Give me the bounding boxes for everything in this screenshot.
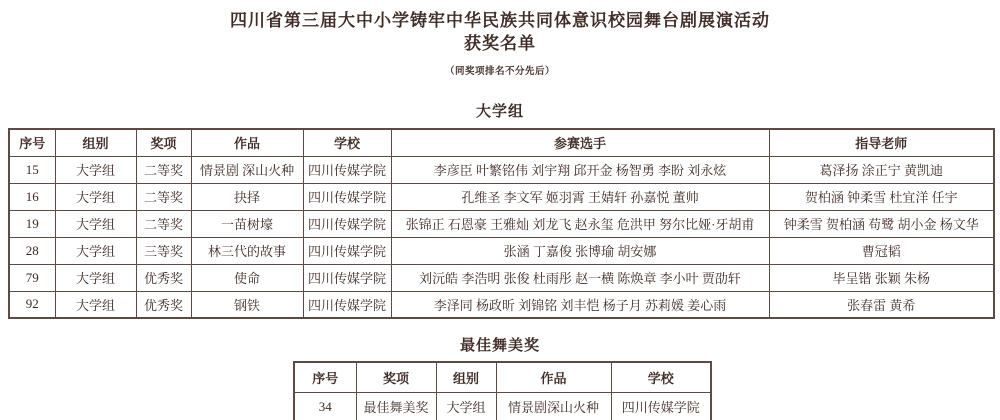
table-cell: 大学组 [55,264,136,291]
column-header: 学校 [611,362,711,392]
table-row: 34最佳舞美奖大学组情景剧深山火种四川传媒学院 [294,392,711,420]
table-cell: 16 [9,183,55,210]
column-header: 组别 [55,129,136,156]
column-header: 作品 [496,362,611,392]
table-cell: 张涵 丁嘉俊 张博瑜 胡安娜 [391,237,769,264]
table-cell: 19 [9,210,55,237]
table-cell: 使命 [191,264,303,291]
table-row: 15大学组二等奖情景剧 深山火种四川传媒学院李彦臣 叶繁铭伟 刘宇翔 邱开金 杨… [9,156,994,183]
table-cell: 四川传媒学院 [303,210,391,237]
table-cell: 钢铁 [191,291,303,318]
table-cell: 四川传媒学院 [303,264,391,291]
table-cell: 林三代的故事 [191,237,303,264]
table-cell: 四川传媒学院 [303,291,391,318]
university-group-heading: 大学组 [0,100,1000,121]
table-cell: 四川传媒学院 [303,237,391,264]
table-cell: 28 [9,237,55,264]
table-cell: 张春雷 黄希 [769,291,994,318]
table-cell: 最佳舞美奖 [356,392,436,420]
university-group-table: 序号组别奖项作品学校参赛选手指导老师 15大学组二等奖情景剧 深山火种四川传媒学… [8,128,995,319]
table-cell: 曹冠韬 [769,237,994,264]
table-row: 16大学组二等奖抉择四川传媒学院孔维圣 李文军 姬羽霄 王婧轩 孙嘉悦 董帅贺柏… [9,183,994,210]
table-cell: 抉择 [191,183,303,210]
table-row: 28大学组三等奖林三代的故事四川传媒学院张涵 丁嘉俊 张博瑜 胡安娜曹冠韬 [9,237,994,264]
university-table-header-row: 序号组别奖项作品学校参赛选手指导老师 [9,129,994,156]
column-header: 奖项 [356,362,436,392]
table-cell: 大学组 [55,291,136,318]
column-header: 指导老师 [769,129,994,156]
best-stage-design-award-table: 序号奖项组别作品学校 34最佳舞美奖大学组情景剧深山火种四川传媒学院 [293,361,712,420]
table-cell: 92 [9,291,55,318]
table-cell: 大学组 [436,392,496,420]
table-row: 19大学组二等奖一苗树壕四川传媒学院张锦正 石恩豪 王雅灿 刘龙飞 赵永玺 危洪… [9,210,994,237]
table-cell: 刘沅皓 李浩明 张俊 杜雨彤 赵一横 陈焕章 李小叶 贾劭轩 [391,264,769,291]
column-header: 参赛选手 [391,129,769,156]
table-cell: 三等奖 [136,237,191,264]
document-title-block: 四川省第三届大中小学铸牢中华民族共同体意识校园舞台剧展演活动 获奖名单 [0,0,1000,55]
table-cell: 情景剧深山火种 [496,392,611,420]
table-cell: 张锦正 石恩豪 王雅灿 刘龙飞 赵永玺 危洪甲 努尔比娅·牙胡甫 [391,210,769,237]
table-cell: 二等奖 [136,156,191,183]
document-title-line1: 四川省第三届大中小学铸牢中华民族共同体意识校园舞台剧展演活动 [0,9,1000,32]
award-document: 四川省第三届大中小学铸牢中华民族共同体意识校园舞台剧展演活动 获奖名单 （同奖项… [0,0,1000,420]
table-row: 92大学组优秀奖钢铁四川传媒学院李泽同 杨政昕 刘锦铭 刘丰恺 杨子月 苏莉媛 … [9,291,994,318]
column-header: 学校 [303,129,391,156]
table-cell: 79 [9,264,55,291]
table-cell: 情景剧 深山火种 [191,156,303,183]
table-cell: 优秀奖 [136,264,191,291]
column-header: 作品 [191,129,303,156]
table-row: 79大学组优秀奖使命四川传媒学院刘沅皓 李浩明 张俊 杜雨彤 赵一横 陈焕章 李… [9,264,994,291]
table-cell: 葛泽扬 涂正宁 黄凯迪 [769,156,994,183]
table-cell: 毕呈锴 张颖 朱杨 [769,264,994,291]
table-cell: 大学组 [55,183,136,210]
table-cell: 李泽同 杨政昕 刘锦铭 刘丰恺 杨子月 苏莉媛 姜心雨 [391,291,769,318]
table-cell: 一苗树壕 [191,210,303,237]
table-cell: 四川传媒学院 [303,156,391,183]
column-header: 奖项 [136,129,191,156]
table-cell: 大学组 [55,210,136,237]
column-header: 组别 [436,362,496,392]
table-cell: 15 [9,156,55,183]
document-title-line2: 获奖名单 [0,32,1000,55]
best-award-table-header-row: 序号奖项组别作品学校 [294,362,711,392]
table-cell: 钟柔雪 贺柏涵 苟鹭 胡小金 杨文华 [769,210,994,237]
table-cell: 34 [294,392,356,420]
table-cell: 大学组 [55,237,136,264]
table-cell: 贺柏涵 钟柔雪 杜宜洋 任宇 [769,183,994,210]
table-cell: 孔维圣 李文军 姬羽霄 王婧轩 孙嘉悦 董帅 [391,183,769,210]
table-cell: 大学组 [55,156,136,183]
column-header: 序号 [9,129,55,156]
document-subtitle: （同奖项排名不分先后） [0,63,1000,77]
table-cell: 二等奖 [136,183,191,210]
table-cell: 二等奖 [136,210,191,237]
table-cell: 优秀奖 [136,291,191,318]
column-header: 序号 [294,362,356,392]
table-cell: 四川传媒学院 [303,183,391,210]
table-cell: 李彦臣 叶繁铭伟 刘宇翔 邱开金 杨智勇 李盼 刘永炫 [391,156,769,183]
best-stage-design-award-heading: 最佳舞美奖 [0,334,1000,355]
table-cell: 四川传媒学院 [611,392,711,420]
